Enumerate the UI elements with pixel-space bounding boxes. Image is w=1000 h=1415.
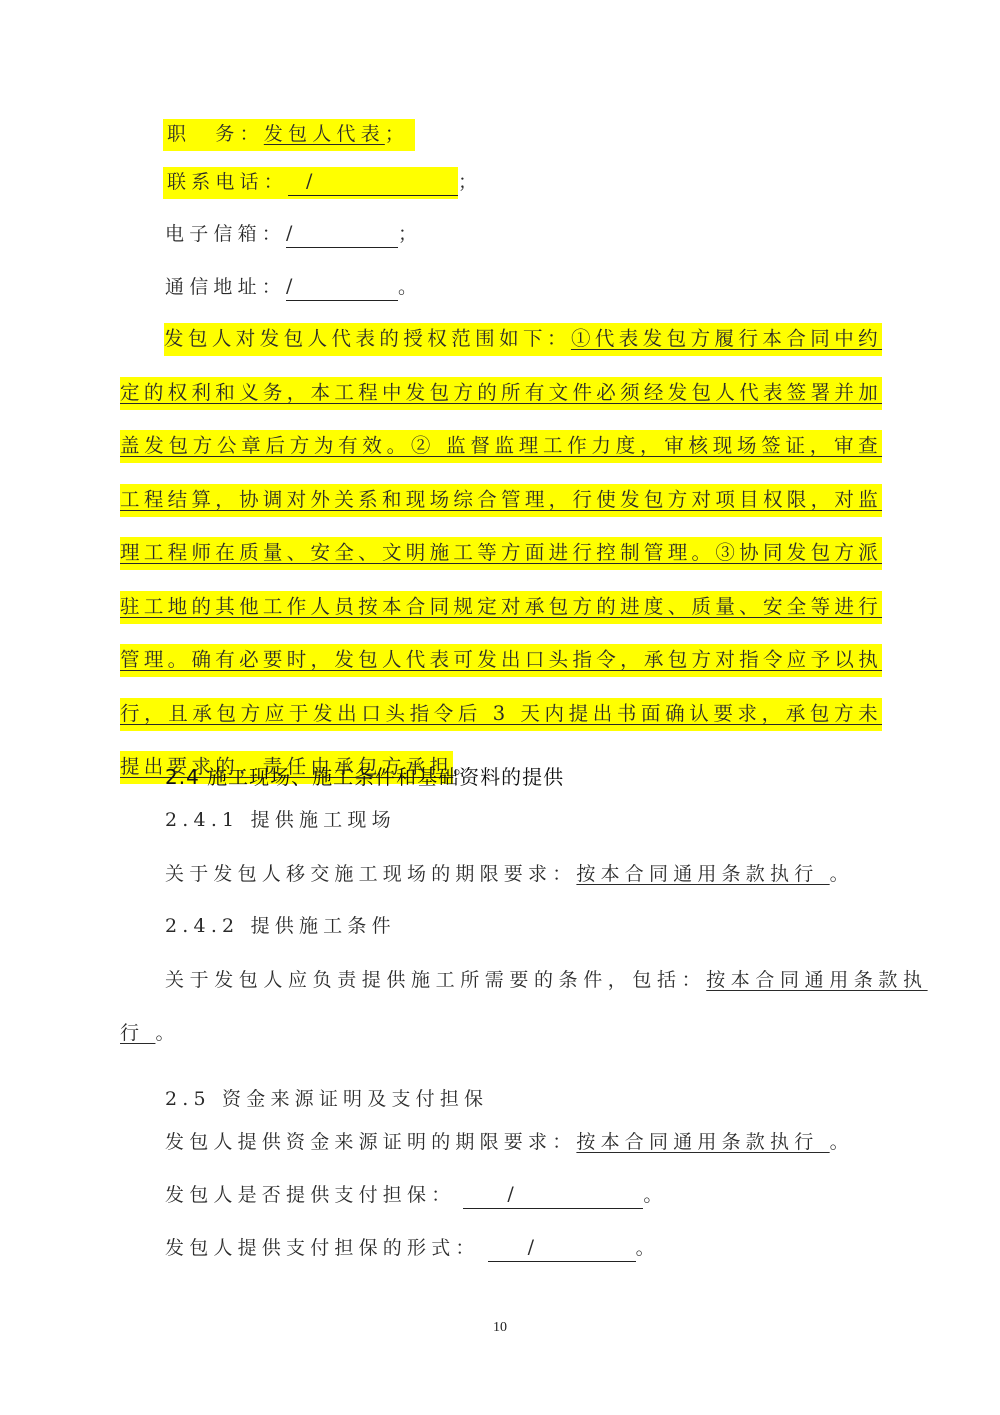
authorization-paragraph: 发包人对发包人代表的授权范围如下：①代表发包方履行本合同中约定的权利和义务，本工… <box>120 312 882 794</box>
email-blank: / <box>286 225 398 248</box>
phone-blank: / <box>288 173 458 196</box>
section-2-5-title: 2.5 资金来源证明及支付担保 <box>165 1085 488 1113</box>
authorization-body: ①代表发包方履行本合同中约定的权利和义务，本工程中发包方的所有文件必须经发包人代… <box>120 323 882 784</box>
email-end: ； <box>398 223 422 245</box>
conditions-label: 关于发包人应负责提供施工所需要的条件，包括： <box>165 969 706 991</box>
conditions-line-2: 行 。 <box>120 1019 180 1047</box>
address-line: 通信地址：/。 <box>165 273 422 301</box>
guarantee-blank: / <box>463 1186 643 1209</box>
section-2-4-1-title: 2.4.1 提供施工现场 <box>165 806 396 834</box>
handover-line: 关于发包人移交施工现场的期限要求：按本合同通用条款执行 。 <box>165 860 854 888</box>
email-label: 电子信箱： <box>165 223 286 245</box>
guarantee-form-label: 发包人提供支付担保的形式： <box>165 1237 480 1259</box>
position-end: ； <box>385 123 409 145</box>
handover-label: 关于发包人移交施工现场的期限要求： <box>165 863 576 885</box>
guarantee-line: 发包人是否提供支付担保：/。 <box>165 1181 668 1209</box>
address-value: / <box>286 272 292 300</box>
funding-proof-line: 发包人提供资金来源证明的期限要求：按本合同通用条款执行 。 <box>165 1128 854 1156</box>
position-label: 职 务： <box>167 123 264 145</box>
guarantee-form-value: / <box>528 1233 534 1261</box>
conditions-value-2: 行 <box>120 1022 155 1044</box>
handover-end: 。 <box>830 863 854 885</box>
guarantee-form-end: 。 <box>636 1237 660 1259</box>
phone-highlight: 联系电话：/ <box>163 167 458 199</box>
guarantee-value: / <box>507 1180 513 1208</box>
email-value: / <box>286 219 292 247</box>
conditions-value-1: 按本合同通用条款执 <box>706 969 927 991</box>
guarantee-form-line: 发包人提供支付担保的形式：/。 <box>165 1234 660 1262</box>
authorization-intro: 发包人对发包人代表的授权范围如下： <box>164 323 571 356</box>
position-line: 职 务：发包人代表； <box>163 120 415 148</box>
guarantee-end: 。 <box>643 1184 667 1206</box>
section-2-4-title: 2.4 施工现场、施工条件和基础资料的提供 <box>165 763 564 791</box>
page-number: 10 <box>0 1320 1000 1336</box>
guarantee-form-blank: / <box>488 1239 636 1262</box>
position-highlight: 职 务：发包人代表； <box>163 119 415 151</box>
address-end: 。 <box>398 276 422 298</box>
email-line: 电子信箱：/； <box>165 220 422 248</box>
funding-proof-label: 发包人提供资金来源证明的期限要求： <box>165 1131 576 1153</box>
section-2-4-2-title: 2.4.2 提供施工条件 <box>165 912 396 940</box>
guarantee-label: 发包人是否提供支付担保： <box>165 1184 455 1206</box>
phone-label: 联系电话： <box>167 171 288 193</box>
handover-value: 按本合同通用条款执行 <box>576 863 829 885</box>
phone-line: 联系电话：/； <box>163 168 482 196</box>
conditions-line-1: 关于发包人应负责提供施工所需要的条件，包括：按本合同通用条款执 <box>165 966 928 994</box>
address-label: 通信地址： <box>165 276 286 298</box>
address-blank: / <box>286 278 398 301</box>
funding-proof-value: 按本合同通用条款执行 <box>576 1131 829 1153</box>
funding-proof-end: 。 <box>830 1131 854 1153</box>
phone-value: / <box>306 167 312 195</box>
position-value: 发包人代表 <box>264 123 385 145</box>
conditions-end: 。 <box>155 1022 179 1044</box>
phone-end: ； <box>458 171 482 193</box>
